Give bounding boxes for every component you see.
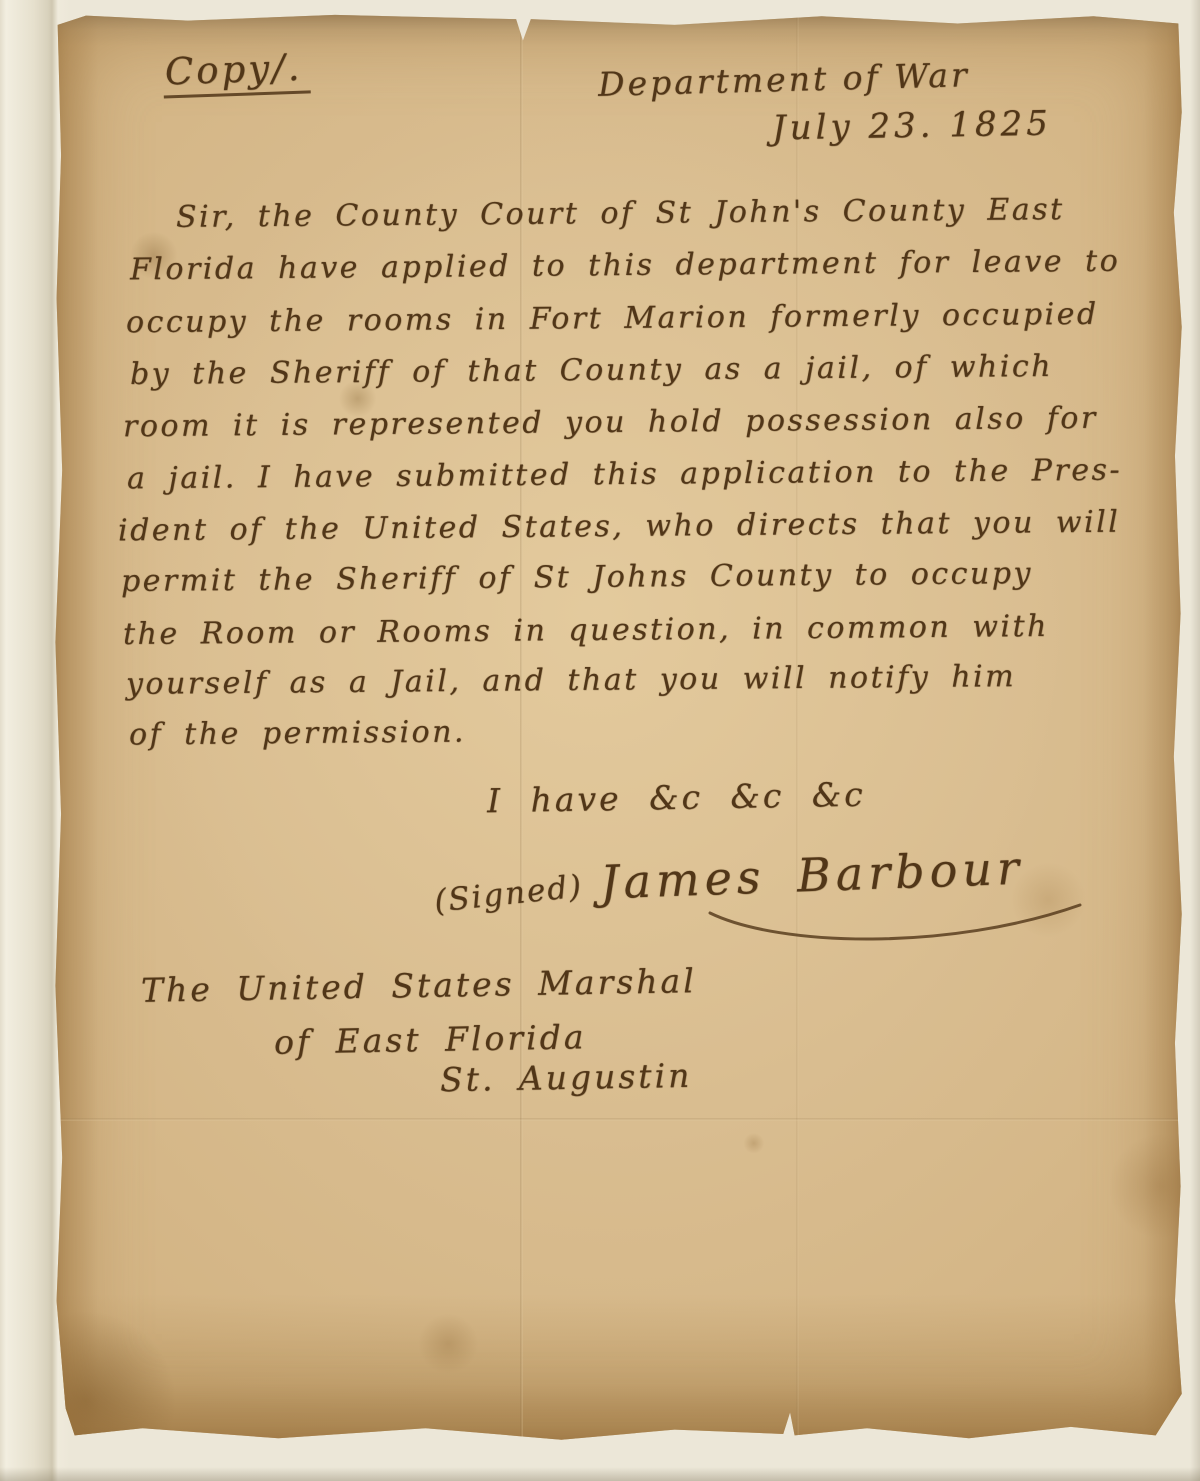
copy-label: Copy/. <box>162 45 311 98</box>
letterhead-date: July 23. 1825 <box>772 104 1052 149</box>
address-line-city: St. Augustin <box>440 1056 693 1099</box>
address-line-region: of East Florida <box>274 1017 587 1061</box>
document-scan: Copy/. Department of War July 23. 1825 S… <box>0 0 1200 1481</box>
letter-body-line: of the permission. <box>129 715 466 753</box>
horizontal-fold-crease <box>52 1118 1184 1121</box>
closing-line: I have &c &c &c <box>487 775 866 821</box>
